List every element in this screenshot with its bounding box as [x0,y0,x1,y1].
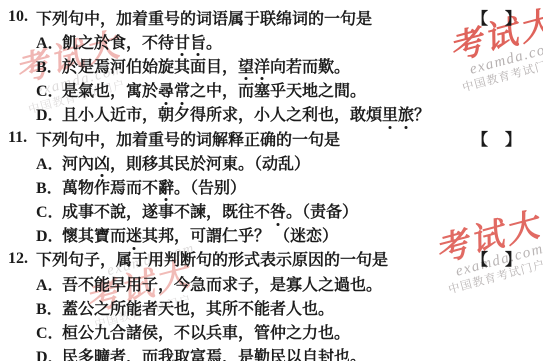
emphasized-char: 旨 [190,30,206,53]
option-label: D． [36,102,62,125]
option-label: C． [36,78,62,101]
bracket-close: 】 [505,6,521,29]
question-stem: 下列句中，加着重号的词解释正确的一句是 [36,127,340,150]
option-label: C． [36,320,62,343]
option-row-b: B． 於是焉河伯始旋其面目，望洋向若而歎。 [8,53,521,77]
emphasized-char: 迷 [126,223,142,246]
option-row-c: C． 是氣也，寓於尋常之中，而塞乎天地之間。 [8,78,521,102]
question-10: 10. 下列句中，加着重号的词语属于联绵词的一句是 【 】 A． 飢之於食，不待… [8,5,521,126]
option-label: A． [36,30,62,53]
option-text: 蓋公之所能者天也，其所不能者人也。 [62,296,334,319]
option-label: A． [36,272,62,295]
option-text: 於是焉河伯始旋其面目，望洋向若而歎。 [62,54,350,77]
option-row-d: D． 懷其寶而迷其邦，可謂仁乎？ （迷恋） [8,223,521,247]
option-text: 吾不能早用子，今急而求子，是寡人之過也。 [62,272,382,295]
bracket-close: 】 [505,247,521,270]
emphasized-char: 凶 [94,151,110,174]
option-text: 桓公九合諸侯，不以兵車，管仲之力也。 [62,320,350,343]
option-row-a: A． 河內凶，則移其民於河東。（动乱） [8,150,521,174]
option-label: D． [36,223,62,246]
bracket-open: 【 [472,6,488,29]
option-text: 河內凶，則移其民於河東。（动乱） [62,151,310,174]
answer-brackets: 【 】 [472,247,521,270]
exam-questions: 10. 下列句中，加着重号的词语属于联绵词的一句是 【 】 A． 飢之於食，不待… [0,0,543,361]
option-text: 民多曠者，而我取富焉，是勤民以自封也。 [62,344,366,361]
option-text: 且小人近市，朝夕得所求，小人之利也，敢煩里旅？ [62,102,430,125]
option-row-d: D． 民多曠者，而我取富焉，是勤民以自封也。 [8,344,521,361]
emphasized-char: 望 [238,54,254,77]
question-number: 12. [8,250,36,268]
option-row-d: D． 且小人近市，朝夕得所求，小人之利也，敢煩里旅？ [8,102,521,126]
answer-brackets: 【 】 [472,6,521,29]
option-label: B． [36,296,62,319]
question-12: 12. 下列句子，属于用判断句的形式表示原因的一句是 【 】 A． 吾不能早用子… [8,247,521,361]
option-row-a: A． 吾不能早用子，今急而求子，是寡人之過也。 [8,271,521,295]
option-label: B． [36,54,62,77]
option-row-b: B． 蓋公之所能者天也，其所不能者人也。 [8,295,521,319]
option-row-c: C． 成事不說，遂事不諫，既往不咎。（责备） [8,199,521,223]
option-text: 是氣也，寓於尋常之中，而塞乎天地之間。 [62,78,366,101]
option-label: C． [36,199,62,222]
option-text: 萬物作焉而不辭。（告别） [62,175,246,198]
emphasized-char: 旅 [398,102,414,125]
question-header: 10. 下列句中，加着重号的词语属于联绵词的一句是 【 】 [8,5,521,29]
option-label: D． [36,344,62,361]
option-text: 懷其寶而迷其邦，可謂仁乎？ （迷恋） [62,223,338,246]
option-row-c: C． 桓公九合諸侯，不以兵車，管仲之力也。 [8,319,521,343]
emphasized-char: 尋 [158,78,174,101]
option-text: 成事不說，遂事不諫，既往不咎。（责备） [62,199,358,222]
option-row-a: A． 飢之於食，不待甘旨。 [8,29,521,53]
option-text: 飢之於食，不待甘旨。 [62,30,222,53]
question-header: 11. 下列句中，加着重号的词解释正确的一句是 【 】 [8,126,521,150]
question-stem: 下列句子，属于用判断句的形式表示原因的一句是 [36,247,388,270]
emphasized-char: 咎 [270,199,286,222]
emphasized-char: 常 [174,78,190,101]
emphasized-char: 里 [382,102,398,125]
question-header: 12. 下列句子，属于用判断句的形式表示原因的一句是 【 】 [8,247,521,271]
bracket-close: 】 [505,127,521,150]
answer-brackets: 【 】 [472,127,521,150]
bracket-open: 【 [472,247,488,270]
emphasized-char: 辭 [158,175,174,198]
option-label: A． [36,151,62,174]
question-number: 11. [8,129,36,147]
question-11: 11. 下列句中，加着重号的词解释正确的一句是 【 】 A． 河內凶，則移其民於… [8,126,521,247]
emphasized-char: 洋 [254,54,270,77]
question-number: 10. [8,8,36,26]
option-label: B． [36,175,62,198]
emphasized-char: 甘 [174,30,190,53]
question-stem: 下列句中，加着重号的词语属于联绵词的一句是 [36,6,372,29]
option-row-b: B． 萬物作焉而不辭。（告别） [8,174,521,198]
bracket-open: 【 [472,127,488,150]
